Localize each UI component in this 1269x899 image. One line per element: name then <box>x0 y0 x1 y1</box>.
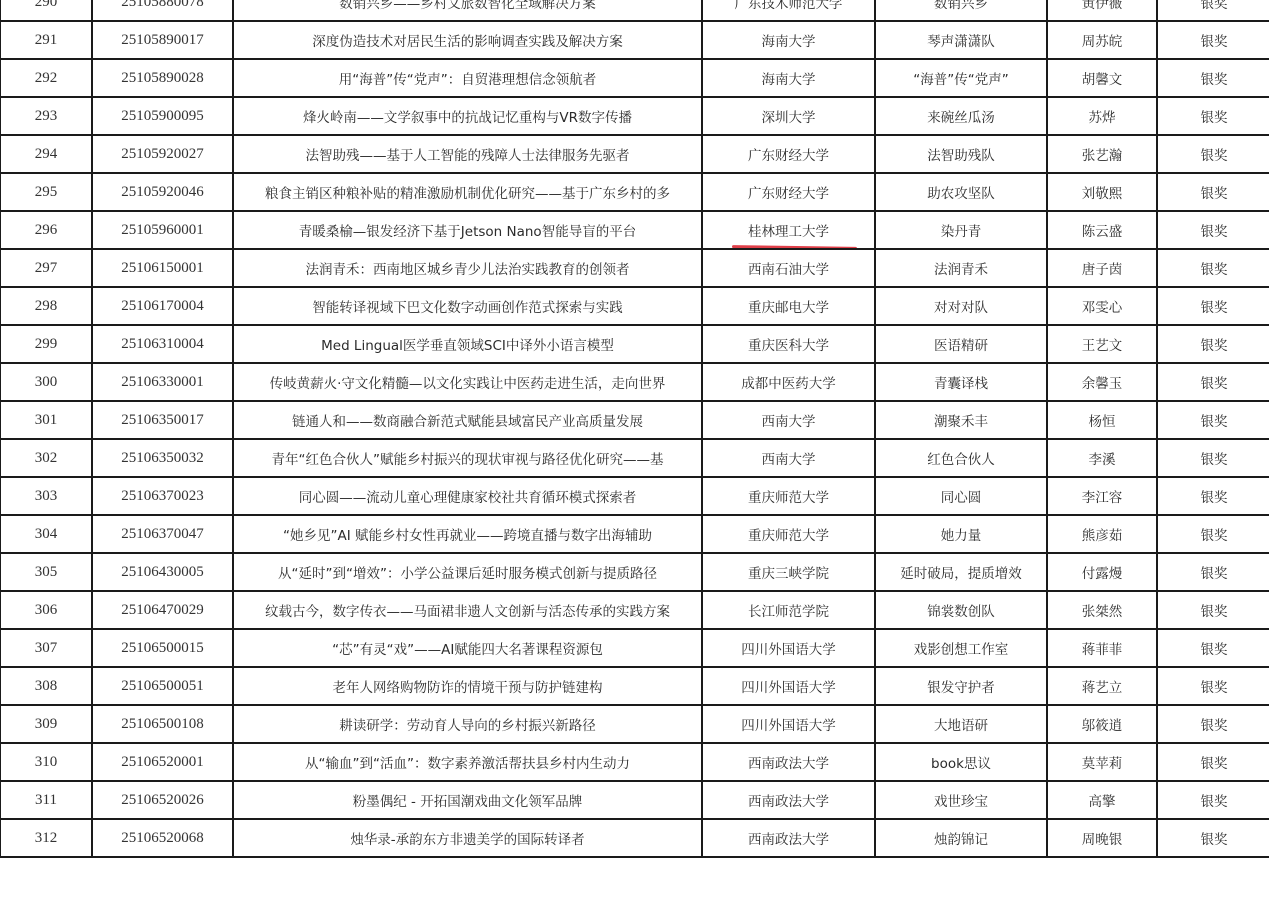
cell-project-title: 烛华录-承韵东方非遗美学的国际转译者 <box>233 819 702 857</box>
cell-award: 银奖 <box>1157 211 1269 249</box>
cell-serial-number: 296 <box>0 211 92 249</box>
table-row: 308 25106500051 老年人网络购物防诈的情境干预与防护链建构 四川外… <box>0 667 1269 705</box>
cell-leader: 杨恒 <box>1047 401 1157 439</box>
cell-serial-number: 294 <box>0 135 92 173</box>
cell-serial-number: 298 <box>0 287 92 325</box>
cell-project-title: Med Lingual医学垂直领域SCI中译外小语言模型 <box>233 325 702 363</box>
cell-leader: 黄伊薇 <box>1047 0 1157 21</box>
cell-award: 银奖 <box>1157 477 1269 515</box>
cell-award: 银奖 <box>1157 21 1269 59</box>
school-name: 长江师范学院 <box>748 604 829 620</box>
cell-project-title: 同心圆——流动儿童心理健康家校社共育循环模式探索者 <box>233 477 702 515</box>
cell-school: 海南大学 <box>702 59 875 97</box>
cell-leader: 胡馨文 <box>1047 59 1157 97</box>
cell-project-code: 25105890028 <box>92 59 233 97</box>
cell-school: 四川外国语大学 <box>702 667 875 705</box>
cell-award: 银奖 <box>1157 325 1269 363</box>
cell-serial-number: 306 <box>0 591 92 629</box>
cell-school: 西南政法大学 <box>702 781 875 819</box>
cell-team: 戏影创想工作室 <box>875 629 1047 667</box>
table-row: 298 25106170004 智能转译视域下巴文化数字动画创作范式探索与实践 … <box>0 287 1269 325</box>
table-row: 295 25105920046 粮食主销区种粮补贴的精准激励机制优化研究——基于… <box>0 173 1269 211</box>
school-name: 西南政法大学 <box>748 756 829 772</box>
cell-project-code: 25106470029 <box>92 591 233 629</box>
cell-school: 西南政法大学 <box>702 819 875 857</box>
school-name: 西南大学 <box>762 414 816 430</box>
school-name: 西南政法大学 <box>748 832 829 848</box>
cell-project-code: 25106520026 <box>92 781 233 819</box>
cell-project-title: 青年“红色合伙人”赋能乡村振兴的现状审视与路径优化研究——基 <box>233 439 702 477</box>
cell-project-code: 25106500015 <box>92 629 233 667</box>
cell-project-code: 25106500051 <box>92 667 233 705</box>
cell-team: 法润青禾 <box>875 249 1047 287</box>
table-row: 290 25105880078 数销兴乡——乡村文旅数智化全域解决方案 广东技术… <box>0 0 1269 21</box>
cell-project-title: 纹载古今，数字传衣——马面裙非遗人文创新与活态传承的实践方案 <box>233 591 702 629</box>
cell-school: 四川外国语大学 <box>702 705 875 743</box>
cell-team: 锦裳数创队 <box>875 591 1047 629</box>
cell-leader: 蒋菲菲 <box>1047 629 1157 667</box>
cell-team: 青囊译栈 <box>875 363 1047 401</box>
school-name: 西南大学 <box>762 452 816 468</box>
table-row: 307 25106500015 “芯”有灵“戏”——AI赋能四大名著课程资源包 … <box>0 629 1269 667</box>
school-name-highlighted: 桂林理工大学 <box>748 220 829 240</box>
school-name: 重庆师范大学 <box>748 490 829 506</box>
cell-project-code: 25106520001 <box>92 743 233 781</box>
table-row: 297 25106150001 法润青禾：西南地区城乡青少儿法治实践教育的创领者… <box>0 249 1269 287</box>
cell-leader: 邓雯心 <box>1047 287 1157 325</box>
cell-project-code: 25106370023 <box>92 477 233 515</box>
cell-leader: 莫苹莉 <box>1047 743 1157 781</box>
school-name: 广东财经大学 <box>748 186 829 202</box>
table-row: 294 25105920027 法智助残——基于人工智能的残障人士法律服务先驱者… <box>0 135 1269 173</box>
cell-award: 银奖 <box>1157 629 1269 667</box>
school-name: 重庆三峡学院 <box>748 566 829 582</box>
cell-serial-number: 307 <box>0 629 92 667</box>
cell-serial-number: 303 <box>0 477 92 515</box>
school-name: 重庆师范大学 <box>748 528 829 544</box>
cell-leader: 蒋艺立 <box>1047 667 1157 705</box>
cell-school: 西南大学 <box>702 439 875 477</box>
cell-team: 法智助残队 <box>875 135 1047 173</box>
cell-project-code: 25106520068 <box>92 819 233 857</box>
cell-team: “海普”传“党声” <box>875 59 1047 97</box>
cell-project-code: 25106500108 <box>92 705 233 743</box>
cell-school: 重庆三峡学院 <box>702 553 875 591</box>
cell-team: 医语精研 <box>875 325 1047 363</box>
cell-project-title: 青暖桑榆—银发经济下基于Jetson Nano智能导盲的平台 <box>233 211 702 249</box>
cell-award: 银奖 <box>1157 553 1269 591</box>
cell-award: 银奖 <box>1157 97 1269 135</box>
cell-award: 银奖 <box>1157 287 1269 325</box>
school-name: 广东财经大学 <box>748 148 829 164</box>
cell-team: 银发守护者 <box>875 667 1047 705</box>
cell-leader: 苏烨 <box>1047 97 1157 135</box>
cell-project-title: “她乡见”AI 赋能乡村女性再就业——跨境直播与数字出海辅助 <box>233 515 702 553</box>
cell-project-code: 25105920046 <box>92 173 233 211</box>
cell-award: 银奖 <box>1157 819 1269 857</box>
table-row: 304 25106370047 “她乡见”AI 赋能乡村女性再就业——跨境直播与… <box>0 515 1269 553</box>
cell-project-title: 深度伪造技术对居民生活的影响调查实践及解决方案 <box>233 21 702 59</box>
table-body: 290 25105880078 数销兴乡——乡村文旅数智化全域解决方案 广东技术… <box>0 0 1269 857</box>
cell-award: 银奖 <box>1157 173 1269 211</box>
school-name: 广东技术师范大学 <box>735 0 843 12</box>
table-row: 302 25106350032 青年“红色合伙人”赋能乡村振兴的现状审视与路径优… <box>0 439 1269 477</box>
cell-serial-number: 305 <box>0 553 92 591</box>
cell-school: 深圳大学 <box>702 97 875 135</box>
school-name: 四川外国语大学 <box>741 642 836 658</box>
cell-serial-number: 293 <box>0 97 92 135</box>
cell-team: 染丹青 <box>875 211 1047 249</box>
cell-leader: 张艺瀚 <box>1047 135 1157 173</box>
cell-school: 广东技术师范大学 <box>702 0 875 21</box>
table-row: 293 25105900095 烽火岭南——文学叙事中的抗战记忆重构与VR数字传… <box>0 97 1269 135</box>
school-name: 海南大学 <box>762 34 816 50</box>
cell-school: 广东财经大学 <box>702 135 875 173</box>
cell-leader: 高擎 <box>1047 781 1157 819</box>
cell-project-title: 数销兴乡——乡村文旅数智化全域解决方案 <box>233 0 702 21</box>
cell-project-title: 耕读研学：劳动育人导向的乡村振兴新路径 <box>233 705 702 743</box>
cell-award: 银奖 <box>1157 743 1269 781</box>
cell-team: 助农攻坚队 <box>875 173 1047 211</box>
cell-team: 戏世珍宝 <box>875 781 1047 819</box>
cell-team: 琴声潇潇队 <box>875 21 1047 59</box>
cell-school: 重庆师范大学 <box>702 515 875 553</box>
table-row: 300 25106330001 传岐黄薪火·守文化精髓—以文化实践让中医药走进生… <box>0 363 1269 401</box>
table-row: 296 25105960001 青暖桑榆—银发经济下基于Jetson Nano智… <box>0 211 1269 249</box>
school-name: 西南石油大学 <box>748 262 829 278</box>
cell-award: 银奖 <box>1157 781 1269 819</box>
cell-project-code: 25105880078 <box>92 0 233 21</box>
cell-serial-number: 310 <box>0 743 92 781</box>
cell-school: 西南大学 <box>702 401 875 439</box>
cell-serial-number: 292 <box>0 59 92 97</box>
table-row: 303 25106370023 同心圆——流动儿童心理健康家校社共育循环模式探索… <box>0 477 1269 515</box>
cell-team: 她力量 <box>875 515 1047 553</box>
cell-leader: 张桀然 <box>1047 591 1157 629</box>
cell-school: 重庆医科大学 <box>702 325 875 363</box>
cell-award: 银奖 <box>1157 705 1269 743</box>
award-table: 290 25105880078 数销兴乡——乡村文旅数智化全域解决方案 广东技术… <box>0 0 1269 858</box>
cell-award: 银奖 <box>1157 591 1269 629</box>
cell-award: 银奖 <box>1157 249 1269 287</box>
cell-project-code: 25105890017 <box>92 21 233 59</box>
cell-project-title: 从“延时”到“增效”：小学公益课后延时服务模式创新与提质路径 <box>233 553 702 591</box>
cell-serial-number: 308 <box>0 667 92 705</box>
cell-project-title: 烽火岭南——文学叙事中的抗战记忆重构与VR数字传播 <box>233 97 702 135</box>
cell-serial-number: 311 <box>0 781 92 819</box>
school-name: 成都中医药大学 <box>741 376 836 392</box>
cell-school: 西南石油大学 <box>702 249 875 287</box>
school-name: 深圳大学 <box>762 110 816 126</box>
cell-serial-number: 299 <box>0 325 92 363</box>
cell-team: 数销兴乡 <box>875 0 1047 21</box>
cell-project-code: 25105900095 <box>92 97 233 135</box>
cell-project-title: 老年人网络购物防诈的情境干预与防护链建构 <box>233 667 702 705</box>
cell-school: 重庆邮电大学 <box>702 287 875 325</box>
cell-school: 桂林理工大学 <box>702 211 875 249</box>
cell-leader: 王艺文 <box>1047 325 1157 363</box>
cell-leader: 唐子茵 <box>1047 249 1157 287</box>
cell-award: 银奖 <box>1157 667 1269 705</box>
cell-serial-number: 297 <box>0 249 92 287</box>
table-row: 309 25106500108 耕读研学：劳动育人导向的乡村振兴新路径 四川外国… <box>0 705 1269 743</box>
school-name: 西南政法大学 <box>748 794 829 810</box>
cell-project-title: 法润青禾：西南地区城乡青少儿法治实践教育的创领者 <box>233 249 702 287</box>
cell-leader: 周晚银 <box>1047 819 1157 857</box>
table-row: 292 25105890028 用“海普”传“党声”：自贸港理想信念领航者 海南… <box>0 59 1269 97</box>
cell-team: 同心圆 <box>875 477 1047 515</box>
table-row: 311 25106520026 粉墨偶纪 - 开拓国潮戏曲文化领军品牌 西南政法… <box>0 781 1269 819</box>
cell-project-title: 传岐黄薪火·守文化精髓—以文化实践让中医药走进生活，走向世界 <box>233 363 702 401</box>
cell-team: 烛韵锦记 <box>875 819 1047 857</box>
cell-project-code: 25106430005 <box>92 553 233 591</box>
cell-project-title: 粉墨偶纪 - 开拓国潮戏曲文化领军品牌 <box>233 781 702 819</box>
cell-project-title: “芯”有灵“戏”——AI赋能四大名著课程资源包 <box>233 629 702 667</box>
cell-project-title: 粮食主销区种粮补贴的精准激励机制优化研究——基于广东乡村的多 <box>233 173 702 211</box>
cell-serial-number: 312 <box>0 819 92 857</box>
cell-award: 银奖 <box>1157 515 1269 553</box>
cell-project-code: 25105920027 <box>92 135 233 173</box>
table-row: 301 25106350017 链通人和——数商融合新范式赋能县域富民产业高质量… <box>0 401 1269 439</box>
cell-serial-number: 295 <box>0 173 92 211</box>
cell-project-title: 智能转译视域下巴文化数字动画创作范式探索与实践 <box>233 287 702 325</box>
cell-project-title: 用“海普”传“党声”：自贸港理想信念领航者 <box>233 59 702 97</box>
cell-team: 大地语研 <box>875 705 1047 743</box>
cell-serial-number: 301 <box>0 401 92 439</box>
cell-leader: 李江容 <box>1047 477 1157 515</box>
cell-leader: 周苏皖 <box>1047 21 1157 59</box>
table-row: 310 25106520001 从“输血”到“活血”：数字素养激活帮扶县乡村内生… <box>0 743 1269 781</box>
cell-serial-number: 304 <box>0 515 92 553</box>
cell-leader: 刘敬熙 <box>1047 173 1157 211</box>
table-row: 305 25106430005 从“延时”到“增效”：小学公益课后延时服务模式创… <box>0 553 1269 591</box>
cell-award: 银奖 <box>1157 439 1269 477</box>
cell-serial-number: 309 <box>0 705 92 743</box>
cell-award: 银奖 <box>1157 0 1269 21</box>
table-row: 299 25106310004 Med Lingual医学垂直领域SCI中译外小… <box>0 325 1269 363</box>
cell-leader: 付露熳 <box>1047 553 1157 591</box>
cell-award: 银奖 <box>1157 135 1269 173</box>
cell-project-title: 从“输血”到“活血”：数字素养激活帮扶县乡村内生动力 <box>233 743 702 781</box>
cell-team: 来碗丝瓜汤 <box>875 97 1047 135</box>
cell-award: 银奖 <box>1157 401 1269 439</box>
school-name: 四川外国语大学 <box>741 680 836 696</box>
school-name: 重庆医科大学 <box>748 338 829 354</box>
cell-project-code: 25106150001 <box>92 249 233 287</box>
cell-serial-number: 291 <box>0 21 92 59</box>
cell-project-code: 25106350017 <box>92 401 233 439</box>
table-row: 312 25106520068 烛华录-承韵东方非遗美学的国际转译者 西南政法大… <box>0 819 1269 857</box>
cell-serial-number: 290 <box>0 0 92 21</box>
school-name: 海南大学 <box>762 72 816 88</box>
cell-project-code: 25106170004 <box>92 287 233 325</box>
cell-leader: 熊彦茹 <box>1047 515 1157 553</box>
cell-school: 成都中医药大学 <box>702 363 875 401</box>
cell-school: 长江师范学院 <box>702 591 875 629</box>
table-row: 306 25106470029 纹载古今，数字传衣——马面裙非遗人文创新与活态传… <box>0 591 1269 629</box>
award-list-sheet: 290 25105880078 数销兴乡——乡村文旅数智化全域解决方案 广东技术… <box>0 0 1269 858</box>
cell-school: 西南政法大学 <box>702 743 875 781</box>
cell-school: 重庆师范大学 <box>702 477 875 515</box>
cell-team: 潮聚禾丰 <box>875 401 1047 439</box>
cell-serial-number: 302 <box>0 439 92 477</box>
school-name: 重庆邮电大学 <box>748 300 829 316</box>
cell-team: 对对对队 <box>875 287 1047 325</box>
cell-project-code: 25106330001 <box>92 363 233 401</box>
cell-serial-number: 300 <box>0 363 92 401</box>
cell-project-title: 法智助残——基于人工智能的残障人士法律服务先驱者 <box>233 135 702 173</box>
cell-project-code: 25106310004 <box>92 325 233 363</box>
cell-team: 延时破局，提质增效 <box>875 553 1047 591</box>
cell-leader: 余馨玉 <box>1047 363 1157 401</box>
cell-school: 广东财经大学 <box>702 173 875 211</box>
cell-team: 红色合伙人 <box>875 439 1047 477</box>
cell-project-code: 25106350032 <box>92 439 233 477</box>
cell-leader: 邬筱逍 <box>1047 705 1157 743</box>
table-row: 291 25105890017 深度伪造技术对居民生活的影响调查实践及解决方案 … <box>0 21 1269 59</box>
cell-project-title: 链通人和——数商融合新范式赋能县域富民产业高质量发展 <box>233 401 702 439</box>
cell-project-code: 25106370047 <box>92 515 233 553</box>
cell-school: 海南大学 <box>702 21 875 59</box>
cell-school: 四川外国语大学 <box>702 629 875 667</box>
cell-project-code: 25105960001 <box>92 211 233 249</box>
cell-award: 银奖 <box>1157 363 1269 401</box>
cell-award: 银奖 <box>1157 59 1269 97</box>
cell-leader: 李溪 <box>1047 439 1157 477</box>
cell-leader: 陈云盛 <box>1047 211 1157 249</box>
school-name: 四川外国语大学 <box>741 718 836 734</box>
cell-team: book思议 <box>875 743 1047 781</box>
